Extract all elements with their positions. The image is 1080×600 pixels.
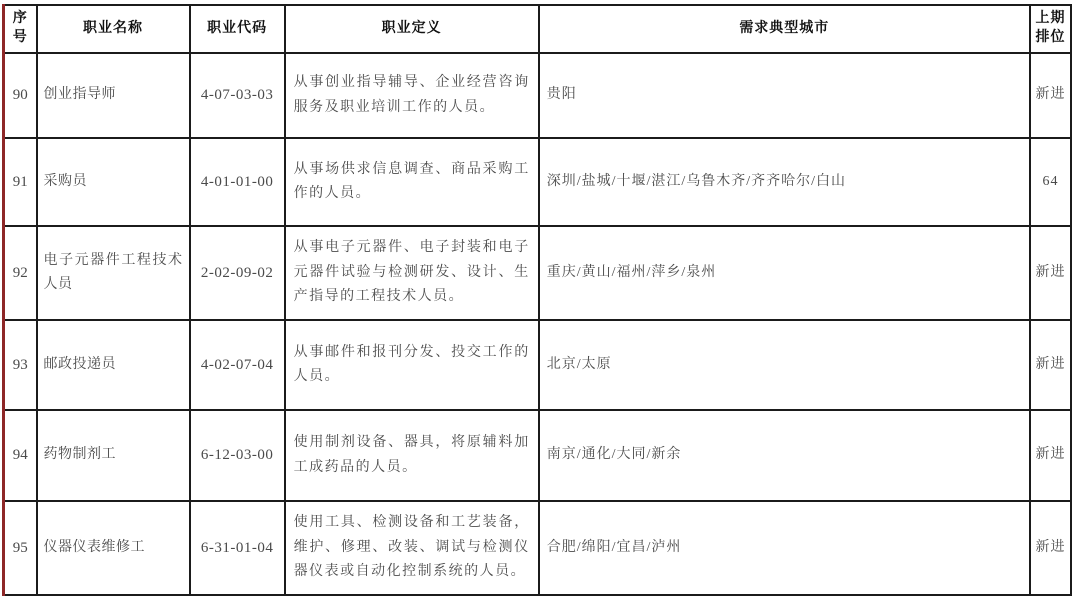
demand-cities-cell: 重庆/黄山/福州/萍乡/泉州 xyxy=(539,226,1030,320)
occupations-table: 序号 职业名称 职业代码 职业定义 需求典型城市 上期排位 90创业指导师4-0… xyxy=(2,4,1072,596)
occupation-definition-cell: 从事场供求信息调查、商品采购工作的人员。 xyxy=(285,138,539,226)
occupation-name-cell: 药物制剂工 xyxy=(37,410,190,501)
occupation-code-cell: 2-02-09-02 xyxy=(190,226,285,320)
previous-rank-cell: 新进 xyxy=(1030,226,1071,320)
header-occupation-definition: 职业定义 xyxy=(285,5,539,53)
occupation-name-cell: 邮政投递员 xyxy=(37,320,190,410)
serial-number-cell: 90 xyxy=(4,53,37,138)
occupation-name-cell: 仪器仪表维修工 xyxy=(37,501,190,595)
table-row: 92电子元器件工程技术人员2-02-09-02从事电子元器件、电子封装和电子元器… xyxy=(4,226,1072,320)
table-row: 90创业指导师4-07-03-03从事创业指导辅导、企业经营咨询服务及职业培训工… xyxy=(4,53,1072,138)
header-previous-rank: 上期排位 xyxy=(1030,5,1071,53)
occupation-name-cell: 采购员 xyxy=(37,138,190,226)
occupation-definition-cell: 使用制剂设备、器具，将原辅料加工成药品的人员。 xyxy=(285,410,539,501)
occupation-code-cell: 4-07-03-03 xyxy=(190,53,285,138)
serial-number-cell: 95 xyxy=(4,501,37,595)
occupation-name-cell: 创业指导师 xyxy=(37,53,190,138)
occupation-definition-cell: 从事电子元器件、电子封装和电子元器件试验与检测研发、设计、生产指导的工程技术人员… xyxy=(285,226,539,320)
serial-number-cell: 91 xyxy=(4,138,37,226)
serial-number-cell: 93 xyxy=(4,320,37,410)
occupation-code-cell: 4-02-07-04 xyxy=(190,320,285,410)
demand-cities-cell: 南京/通化/大同/新余 xyxy=(539,410,1030,501)
occupation-definition-cell: 从事邮件和报刊分发、投交工作的人员。 xyxy=(285,320,539,410)
occupation-code-cell: 6-12-03-00 xyxy=(190,410,285,501)
demand-cities-cell: 深圳/盐城/十堰/湛江/乌鲁木齐/齐齐哈尔/白山 xyxy=(539,138,1030,226)
document-page: 序号 职业名称 职业代码 职业定义 需求典型城市 上期排位 90创业指导师4-0… xyxy=(0,0,1080,600)
demand-cities-cell: 北京/太原 xyxy=(539,320,1030,410)
header-row: 序号 职业名称 职业代码 职业定义 需求典型城市 上期排位 xyxy=(4,5,1072,53)
previous-rank-cell: 64 xyxy=(1030,138,1071,226)
table-row: 94药物制剂工6-12-03-00使用制剂设备、器具，将原辅料加工成药品的人员。… xyxy=(4,410,1072,501)
occupation-definition-cell: 使用工具、检测设备和工艺装备，维护、修理、改装、调试与检测仪器仪表或自动化控制系… xyxy=(285,501,539,595)
header-serial-number: 序号 xyxy=(4,5,37,53)
occupation-code-cell: 6-31-01-04 xyxy=(190,501,285,595)
table-row: 95仪器仪表维修工6-31-01-04使用工具、检测设备和工艺装备，维护、修理、… xyxy=(4,501,1072,595)
previous-rank-cell: 新进 xyxy=(1030,53,1071,138)
previous-rank-cell: 新进 xyxy=(1030,410,1071,501)
previous-rank-cell: 新进 xyxy=(1030,501,1071,595)
serial-number-cell: 94 xyxy=(4,410,37,501)
table-body: 90创业指导师4-07-03-03从事创业指导辅导、企业经营咨询服务及职业培训工… xyxy=(4,53,1072,595)
serial-number-cell: 92 xyxy=(4,226,37,320)
header-occupation-name: 职业名称 xyxy=(37,5,190,53)
table-row: 91采购员4-01-01-00从事场供求信息调查、商品采购工作的人员。深圳/盐城… xyxy=(4,138,1072,226)
demand-cities-cell: 贵阳 xyxy=(539,53,1030,138)
header-occupation-code: 职业代码 xyxy=(190,5,285,53)
occupation-definition-cell: 从事创业指导辅导、企业经营咨询服务及职业培训工作的人员。 xyxy=(285,53,539,138)
occupation-code-cell: 4-01-01-00 xyxy=(190,138,285,226)
header-demand-cities: 需求典型城市 xyxy=(539,5,1030,53)
demand-cities-cell: 合肥/绵阳/宜昌/泸州 xyxy=(539,501,1030,595)
previous-rank-cell: 新进 xyxy=(1030,320,1071,410)
occupation-name-cell: 电子元器件工程技术人员 xyxy=(37,226,190,320)
table-row: 93邮政投递员4-02-07-04从事邮件和报刊分发、投交工作的人员。北京/太原… xyxy=(4,320,1072,410)
